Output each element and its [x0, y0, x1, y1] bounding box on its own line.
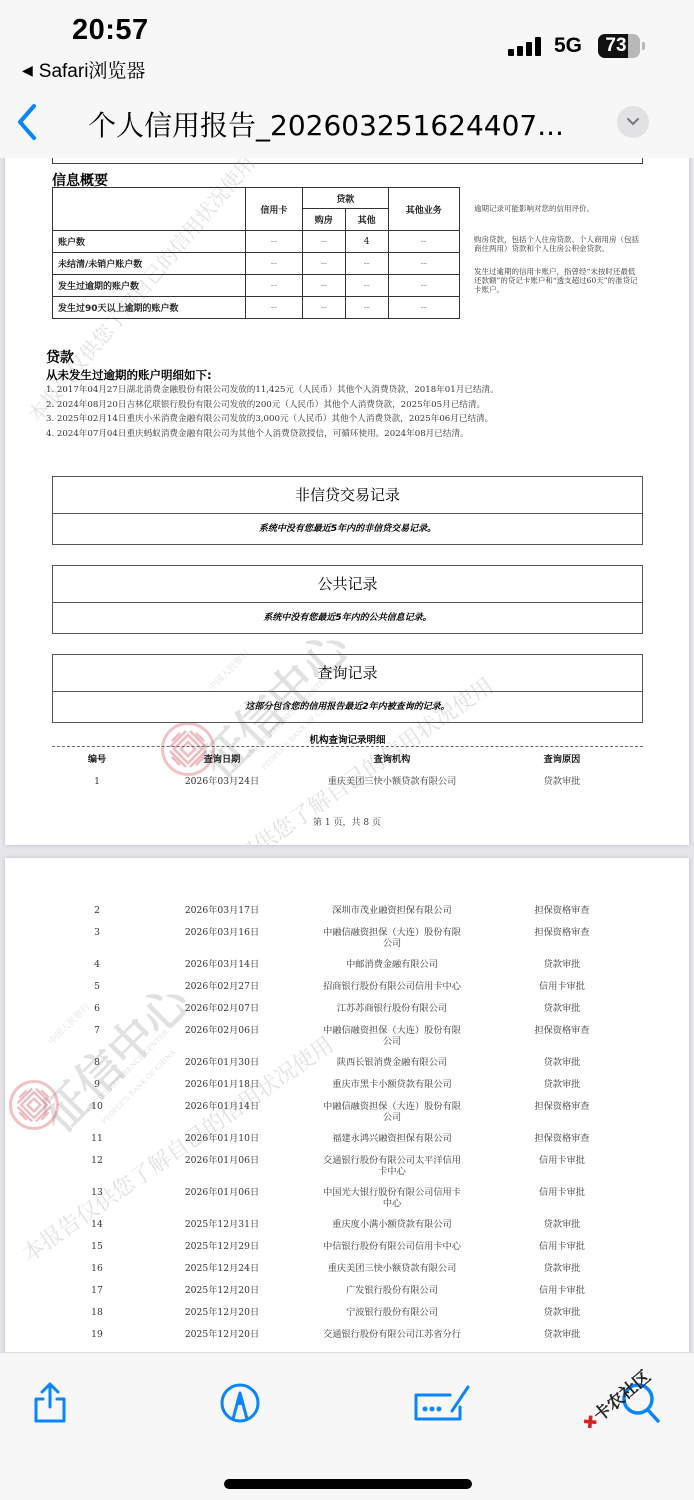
chevron-down-icon [625, 115, 641, 129]
query-org: 广发银行股份有限公司 [302, 1285, 482, 1296]
cell: -- [245, 275, 302, 297]
query-date: 2026年01月30日 [162, 1057, 282, 1068]
query-date: 2025年12月29日 [162, 1241, 282, 1252]
query-no: 16 [72, 1263, 122, 1274]
cell: -- [388, 231, 459, 253]
query-reason: 信用卡审批 [512, 1241, 612, 1252]
query-date: 2026年01月10日 [162, 1133, 282, 1144]
col-date: 查询日期 [162, 754, 282, 765]
query-no: 10 [72, 1101, 122, 1112]
loan-item: 3. 2025年02月14日重庆小米消费金融有限公司发放的3,000元（人民币）… [46, 412, 499, 427]
cell: -- [302, 231, 345, 253]
header-rule [52, 158, 643, 164]
query-no: 6 [72, 1003, 122, 1014]
note: 逾期记录可能影响对您的信用评价。 [474, 204, 639, 213]
query-org: 深圳市茂业融资担保有限公司 [302, 905, 482, 916]
query-reason: 贷款审批 [512, 959, 612, 970]
query-org: 中国光大银行股份有限公司信用卡中心 [322, 1187, 462, 1209]
loans-subheading: 从未发生过逾期的账户明细如下: [46, 367, 212, 383]
navigation-bar: 个人信用报告_202603251624407... [0, 90, 694, 158]
summary-notes: 逾期记录可能影响对您的信用评价。 购房贷款，包括个人住房贷款、个人商用房（包括商… [474, 204, 639, 308]
row-label: 发生过90天以上逾期的账户数 [53, 297, 246, 319]
query-date: 2026年02月07日 [162, 1003, 282, 1014]
back-to-app-link[interactable]: ◀Safari浏览器 [22, 56, 145, 83]
loans-heading: 贷款 [46, 347, 74, 367]
col-other-business: 其他业务 [388, 188, 459, 231]
markup-button[interactable] [216, 1379, 264, 1427]
summary-row: 账户数 -- -- 4 -- [53, 231, 460, 253]
query-date: 2026年01月06日 [162, 1187, 282, 1198]
query-detail-title: 机构查询记录明细 [52, 732, 643, 746]
query-record-section: 查询记录 这部分包含您的信用报告最近2年内被查询的记录。 [52, 654, 643, 723]
query-reason: 贷款审批 [512, 1057, 612, 1068]
cell: -- [345, 275, 388, 297]
back-button[interactable] [12, 102, 46, 142]
summary-row: 发生过90天以上逾期的账户数 -- -- -- -- [53, 297, 460, 319]
query-date: 2026年01月14日 [162, 1101, 282, 1112]
query-reason: 贷款审批 [512, 1263, 612, 1274]
query-org: 重庆度小满小额贷款有限公司 [302, 1219, 482, 1230]
query-no: 18 [72, 1307, 122, 1318]
note: 发生过逾期的信用卡账户，指曾经“未按时还最低还款额”的贷记卡账户和“透支超过60… [474, 267, 639, 294]
query-no: 8 [72, 1057, 122, 1068]
col-reason: 查询原因 [512, 754, 612, 765]
col-no: 编号 [72, 754, 122, 765]
col-loan-other: 其他 [345, 209, 388, 231]
query-no: 13 [72, 1187, 122, 1198]
query-date: 2026年01月06日 [162, 1155, 282, 1166]
loan-item: 2. 2024年08月20日吉林亿联银行股份有限公司发放的200元（人民币）其他… [46, 398, 499, 413]
query-date: 2025年12月20日 [162, 1307, 282, 1318]
chevron-left-icon [12, 102, 46, 142]
col-org: 查询机构 [302, 754, 482, 765]
section-title: 查询记录 [53, 655, 642, 692]
cell: -- [388, 297, 459, 319]
query-reason: 担保资格审查 [512, 1133, 612, 1144]
query-date: 2025年12月20日 [162, 1285, 282, 1296]
cell: 4 [345, 231, 388, 253]
query-no: 15 [72, 1241, 122, 1252]
query-org: 陕西长银消费金融有限公司 [302, 1057, 482, 1068]
watermark-seal-icon [161, 722, 215, 776]
row-label: 发生过逾期的账户数 [53, 275, 246, 297]
query-no: 17 [72, 1285, 122, 1296]
section-body: 系统中没有您最近5年内的公共信息记录。 [53, 603, 642, 633]
query-date: 2026年03月16日 [162, 927, 282, 938]
query-no: 2 [72, 905, 122, 916]
query-org: 江苏苏商银行股份有限公司 [302, 1003, 482, 1014]
query-org: 招商银行股份有限公司信用卡中心 [302, 981, 482, 992]
query-org: 交通银行股份有限公司江苏省分行 [302, 1329, 482, 1340]
query-date: 2025年12月31日 [162, 1219, 282, 1230]
cell: -- [388, 275, 459, 297]
query-org: 中融信融资担保（大连）股份有限公司 [322, 1025, 462, 1047]
cell: -- [345, 297, 388, 319]
non-credit-section: 非信贷交易记录 系统中没有您最近5年内的非信贷交易记录。 [52, 476, 643, 545]
loan-item: 1. 2017年04月27日湖北消费金融股份有限公司发放的11,425元（人民币… [46, 383, 499, 398]
row-label: 未结清/未销户账户数 [53, 253, 246, 275]
query-no: 7 [72, 1025, 122, 1036]
cell: -- [245, 297, 302, 319]
pdf-page-1: 征信中心 中国人民银行 CREDIT REFERENCE CENTER PEOP… [5, 158, 689, 845]
query-date: 2026年03月24日 [162, 776, 282, 787]
query-org: 重庆美团三快小额贷款有限公司 [302, 1263, 482, 1274]
title-menu-button[interactable] [617, 106, 649, 138]
query-org: 重庆市黑卡小额贷款有限公司 [302, 1079, 482, 1090]
query-reason: 贷款审批 [512, 1003, 612, 1014]
back-triangle-icon: ◀ [22, 62, 33, 78]
share-icon [26, 1379, 74, 1427]
summary-row: 未结清/未销户账户数 -- -- -- -- [53, 253, 460, 275]
share-button[interactable] [26, 1379, 74, 1427]
markup-icon [216, 1379, 264, 1427]
cell: -- [345, 253, 388, 275]
cell: -- [302, 297, 345, 319]
clock: 20:57 [72, 14, 149, 47]
summary-table: 信用卡 贷款 其他业务 购房 其他 账户数 -- -- 4 -- 未结清/未销户… [52, 187, 460, 319]
pdf-viewport[interactable]: 征信中心 中国人民银行 CREDIT REFERENCE CENTER PEOP… [0, 158, 694, 1352]
query-reason: 贷款审批 [512, 1219, 612, 1230]
battery-icon: 73 [598, 34, 640, 58]
query-no: 19 [72, 1329, 122, 1340]
query-no: 11 [72, 1133, 122, 1144]
query-no: 9 [72, 1079, 122, 1090]
pdf-page-2: 征信中心 中国人民银行 CREDIT REFERENCE CENTER PEOP… [5, 858, 689, 1352]
query-no: 12 [72, 1155, 122, 1166]
query-org: 中信银行股份有限公司信用卡中心 [302, 1241, 482, 1252]
cell: -- [245, 231, 302, 253]
query-org: 宁波银行股份有限公司 [302, 1307, 482, 1318]
query-date: 2025年12月20日 [162, 1329, 282, 1340]
section-body: 系统中没有您最近5年内的非信贷交易记录。 [53, 514, 642, 544]
watermark-seal-icon [9, 1080, 59, 1130]
section-title: 公共记录 [53, 566, 642, 603]
dashed-divider [52, 746, 643, 747]
battery-percent: 73 [598, 35, 634, 57]
query-org: 中邮消费金融有限公司 [302, 959, 482, 970]
query-reason: 贷款审批 [512, 776, 612, 787]
query-reason: 担保资格审查 [512, 1101, 612, 1112]
col-loan-house: 购房 [302, 209, 345, 231]
query-date: 2026年02月06日 [162, 1025, 282, 1036]
row-label: 账户数 [53, 231, 246, 253]
section-title: 非信贷交易记录 [53, 477, 642, 514]
battery-cap [642, 42, 645, 50]
back-app-label: Safari浏览器 [39, 61, 146, 82]
query-org: 福建永鸿兴融资担保有限公司 [302, 1133, 482, 1144]
loan-item: 4. 2024年07月04日重庆蚂蚁消费金融有限公司为其他个人消费贷款授信，可循… [46, 427, 499, 442]
query-date: 2026年02月27日 [162, 981, 282, 992]
query-org: 交通银行股份有限公司太平洋信用卡中心 [322, 1155, 462, 1177]
section-body: 这部分包含您的信用报告最近2年内被查询的记录。 [53, 692, 642, 722]
network-type: 5G [554, 34, 582, 58]
query-reason: 信用卡审批 [512, 1285, 612, 1296]
query-reason: 贷款审批 [512, 1307, 612, 1318]
query-reason: 担保资格审查 [512, 905, 612, 916]
query-no: 1 [72, 776, 122, 787]
page-number: 第 1 页，共 8 页 [5, 815, 689, 828]
document-title: 个人信用报告_202603251624407... [88, 104, 564, 144]
cell: -- [245, 253, 302, 275]
query-reason: 贷款审批 [512, 1329, 612, 1340]
col-credit-card: 信用卡 [245, 188, 302, 231]
query-reason: 担保资格审查 [512, 927, 612, 938]
cell: -- [302, 253, 345, 275]
home-indicator[interactable] [224, 1479, 472, 1489]
query-date: 2026年03月14日 [162, 959, 282, 970]
public-record-section: 公共记录 系统中没有您最近5年内的公共信息记录。 [52, 565, 643, 634]
col-loan: 贷款 [302, 188, 388, 209]
query-no: 14 [72, 1219, 122, 1230]
cellular-signal-icon [508, 36, 544, 56]
signature-button[interactable] [412, 1379, 472, 1427]
query-date: 2026年01月18日 [162, 1079, 282, 1090]
query-date: 2025年12月24日 [162, 1263, 282, 1274]
query-no: 3 [72, 927, 122, 938]
query-org: 中融信融资担保（大连）股份有限公司 [322, 1101, 462, 1123]
query-reason: 担保资格审查 [512, 1025, 612, 1036]
signature-icon [412, 1379, 472, 1427]
query-no: 4 [72, 959, 122, 970]
status-bar: 20:57 ◀Safari浏览器 5G 73 [0, 0, 694, 90]
query-org: 重庆美团三快小额贷款有限公司 [302, 776, 482, 787]
cell: -- [302, 275, 345, 297]
query-no: 5 [72, 981, 122, 992]
query-org: 中融信融资担保（大连）股份有限公司 [322, 927, 462, 949]
query-date: 2026年03月17日 [162, 905, 282, 916]
query-reason: 信用卡审批 [512, 981, 612, 992]
cell: -- [388, 253, 459, 275]
loans-list: 1. 2017年04月27日湖北消费金融股份有限公司发放的11,425元（人民币… [46, 383, 499, 441]
summary-row: 发生过逾期的账户数 -- -- -- -- [53, 275, 460, 297]
query-reason: 贷款审批 [512, 1079, 612, 1090]
query-reason: 信用卡审批 [512, 1187, 612, 1198]
query-reason: 信用卡审批 [512, 1155, 612, 1166]
note: 购房贷款，包括个人住房贷款、个人商用房（包括商住两用）贷款和个人住房公积金贷款。 [474, 235, 639, 253]
